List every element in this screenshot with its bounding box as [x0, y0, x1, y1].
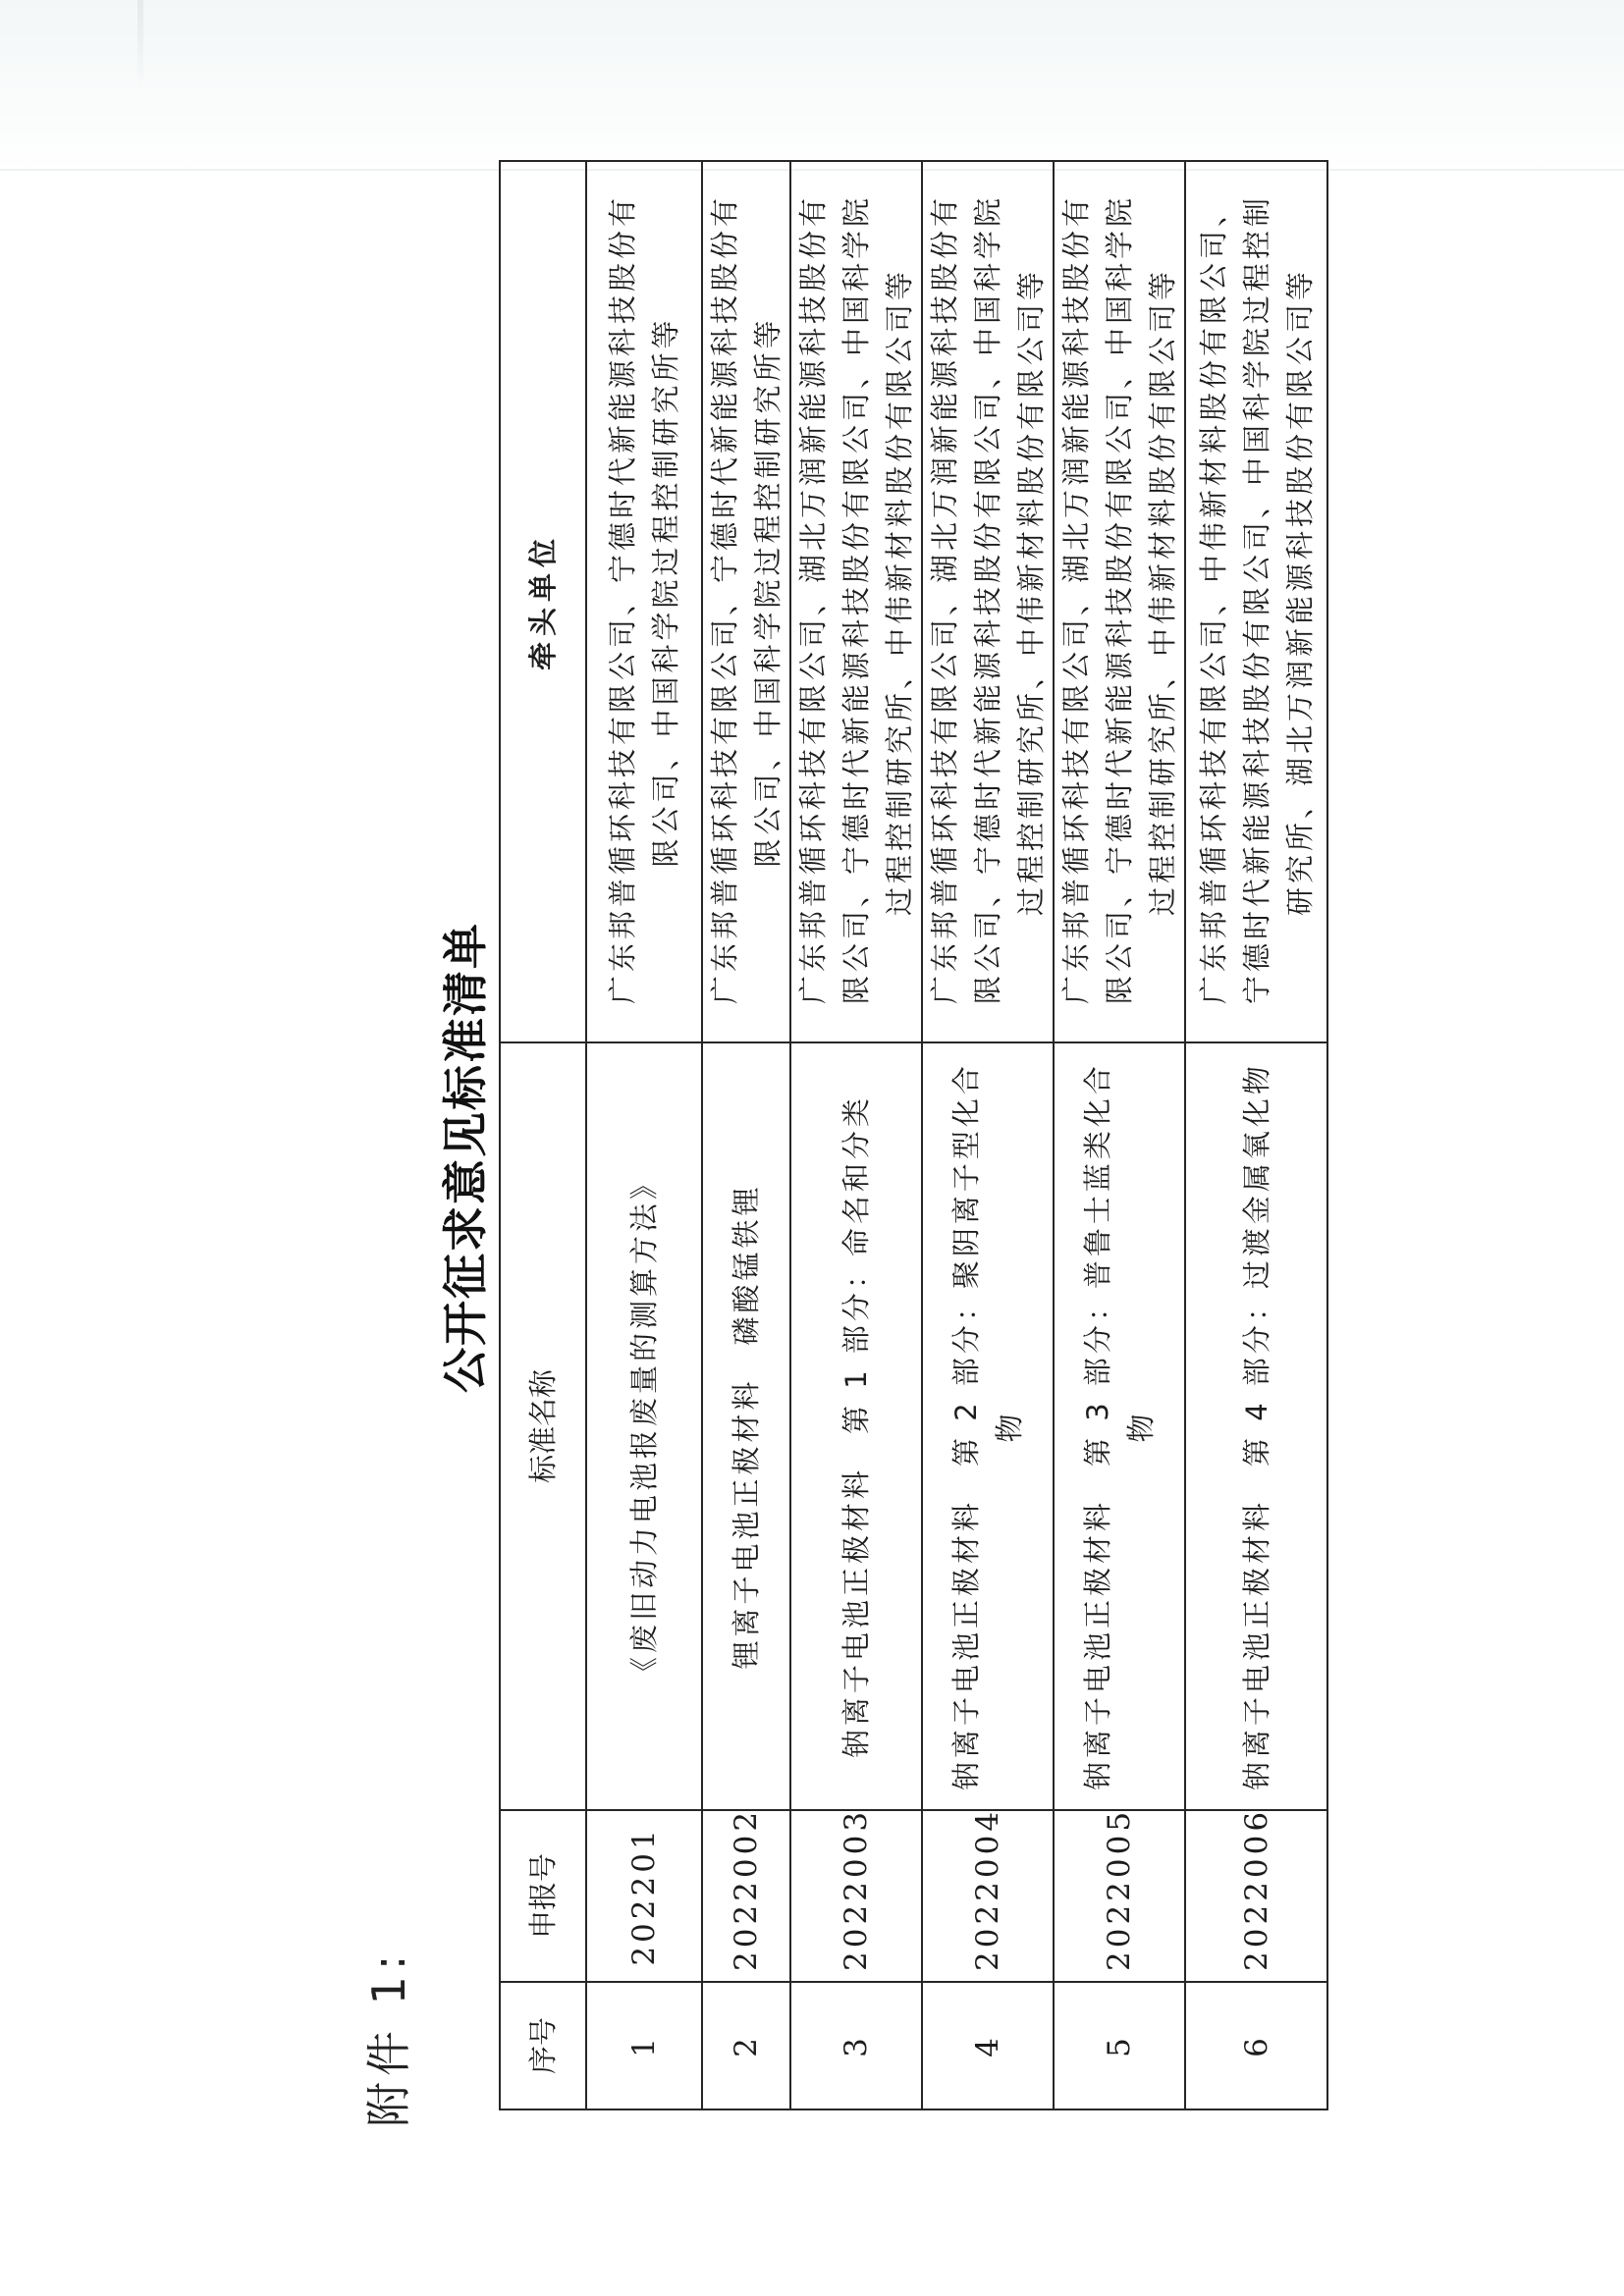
cell-standard-name: 钠离子电池正极材料 第 4 部分：过渡金属氧化物: [1185, 1042, 1327, 1810]
cell-seq: 3: [790, 1982, 922, 2109]
lead-units-line: 限公司、中国科学院过程控制研究所等: [644, 180, 687, 1004]
lead-units-line: 限公司、宁德时代新能源科技股份有限公司、中国科学院: [966, 180, 1009, 1004]
cell-code: 2022003: [790, 1810, 922, 1982]
lead-units-line: 广东邦普循环科技有限公司、中伟新材料股份有限公司、: [1192, 180, 1235, 1004]
lead-units-line: 限公司、宁德时代新能源科技股份有限公司、中国科学院: [835, 180, 878, 1004]
cell-standard-name: 锂离子电池正极材料 磷酸锰铁锂: [702, 1042, 790, 1810]
cell-seq: 4: [922, 1982, 1054, 2109]
cell-standard-name: 钠离子电池正极材料 第 2 部分：聚阴离子型化合物: [922, 1042, 1054, 1810]
cell-lead-units: 广东邦普循环科技有限公司、湖北万润新能源科技股份有限公司、宁德时代新能源科技股份…: [1054, 161, 1185, 1042]
header-code: 申报号: [500, 1810, 586, 1982]
document-title: 公开征求意见标准清单: [430, 902, 495, 1413]
cell-seq: 1: [586, 1982, 702, 2109]
cell-lead-units: 广东邦普循环科技有限公司、宁德时代新能源科技股份有限公司、中国科学院过程控制研究…: [586, 161, 702, 1042]
table-row: 22022002锂离子电池正极材料 磷酸锰铁锂广东邦普循环科技有限公司、宁德时代…: [702, 161, 790, 2109]
header-name: 标准名称: [500, 1042, 586, 1810]
lead-units-line: 广东邦普循环科技有限公司、湖北万润新能源科技股份有: [923, 180, 966, 1004]
attachment-label: 附件 1:: [353, 1949, 418, 2127]
table-row: 42022004钠离子电池正极材料 第 2 部分：聚阴离子型化合物广东邦普循环科…: [922, 161, 1054, 2109]
cell-lead-units: 广东邦普循环科技有限公司、宁德时代新能源科技股份有限公司、中国科学院过程控制研究…: [702, 161, 790, 1042]
cell-standard-name: 钠离子电池正极材料 第 3 部分：普鲁士蓝类化合物: [1054, 1042, 1185, 1810]
lead-units-line: 广东邦普循环科技有限公司、宁德时代新能源科技股份有: [703, 180, 746, 1004]
lead-units-line: 研究所、湖北万润新能源科技股份有限公司等: [1278, 180, 1322, 1004]
table-row: 62022006钠离子电池正极材料 第 4 部分：过渡金属氧化物广东邦普循环科技…: [1185, 161, 1327, 2109]
header-lead-units: 牵头单位: [500, 161, 586, 1042]
lead-units-line: 限公司、宁德时代新能源科技股份有限公司、中国科学院: [1098, 180, 1141, 1004]
table-row: 52022005钠离子电池正极材料 第 3 部分：普鲁士蓝类化合物广东邦普循环科…: [1054, 161, 1185, 2109]
lead-units-line: 过程控制研究所、中伟新材料股份有限公司等: [1141, 180, 1184, 1004]
cell-seq: 2: [702, 1982, 790, 2109]
cell-lead-units: 广东邦普循环科技有限公司、湖北万润新能源科技股份有限公司、宁德时代新能源科技股份…: [922, 161, 1054, 1042]
lead-units-line: 广东邦普循环科技有限公司、湖北万润新能源科技股份有: [1055, 180, 1098, 1004]
standards-table: 序号 申报号 标准名称 牵头单位 1202201《废旧动力电池报废量的测算方法》…: [499, 160, 1328, 2110]
cell-code: 202201: [586, 1810, 702, 1982]
cell-code: 2022004: [922, 1810, 1054, 1982]
lead-units-line: 过程控制研究所、中伟新材料股份有限公司等: [878, 180, 921, 1004]
lead-units-line: 宁德时代新能源科技股份有限公司、中国科学院过程控制: [1235, 180, 1278, 1004]
lead-units-line: 广东邦普循环科技有限公司、湖北万润新能源科技股份有: [791, 180, 835, 1004]
cell-seq: 5: [1054, 1982, 1185, 2109]
table-row: 1202201《废旧动力电池报废量的测算方法》广东邦普循环科技有限公司、宁德时代…: [586, 161, 702, 2109]
header-seq: 序号: [500, 1982, 586, 2109]
table-row: 32022003钠离子电池正极材料 第 1 部分：命名和分类广东邦普循环科技有限…: [790, 161, 922, 2109]
cell-lead-units: 广东邦普循环科技有限公司、中伟新材料股份有限公司、宁德时代新能源科技股份有限公司…: [1185, 161, 1327, 1042]
table-header-row: 序号 申报号 标准名称 牵头单位: [500, 161, 586, 2109]
cell-standard-name: 《废旧动力电池报废量的测算方法》: [586, 1042, 702, 1810]
cell-code: 2022005: [1054, 1810, 1185, 1982]
cell-code: 2022002: [702, 1810, 790, 1982]
lead-units-line: 广东邦普循环科技有限公司、宁德时代新能源科技股份有: [601, 180, 644, 1004]
cell-standard-name: 钠离子电池正极材料 第 1 部分：命名和分类: [790, 1042, 922, 1810]
lead-units-line: 过程控制研究所、中伟新材料股份有限公司等: [1009, 180, 1053, 1004]
cell-lead-units: 广东邦普循环科技有限公司、湖北万润新能源科技股份有限公司、宁德时代新能源科技股份…: [790, 161, 922, 1042]
rotated-page-content: 附件 1: 公开征求意见标准清单 序号 申报号 标准名称 牵头单位 120220…: [0, 0, 1624, 2296]
cell-seq: 6: [1185, 1982, 1327, 2109]
cell-code: 2022006: [1185, 1810, 1327, 1982]
lead-units-line: 限公司、中国科学院过程控制研究所等: [746, 180, 789, 1004]
